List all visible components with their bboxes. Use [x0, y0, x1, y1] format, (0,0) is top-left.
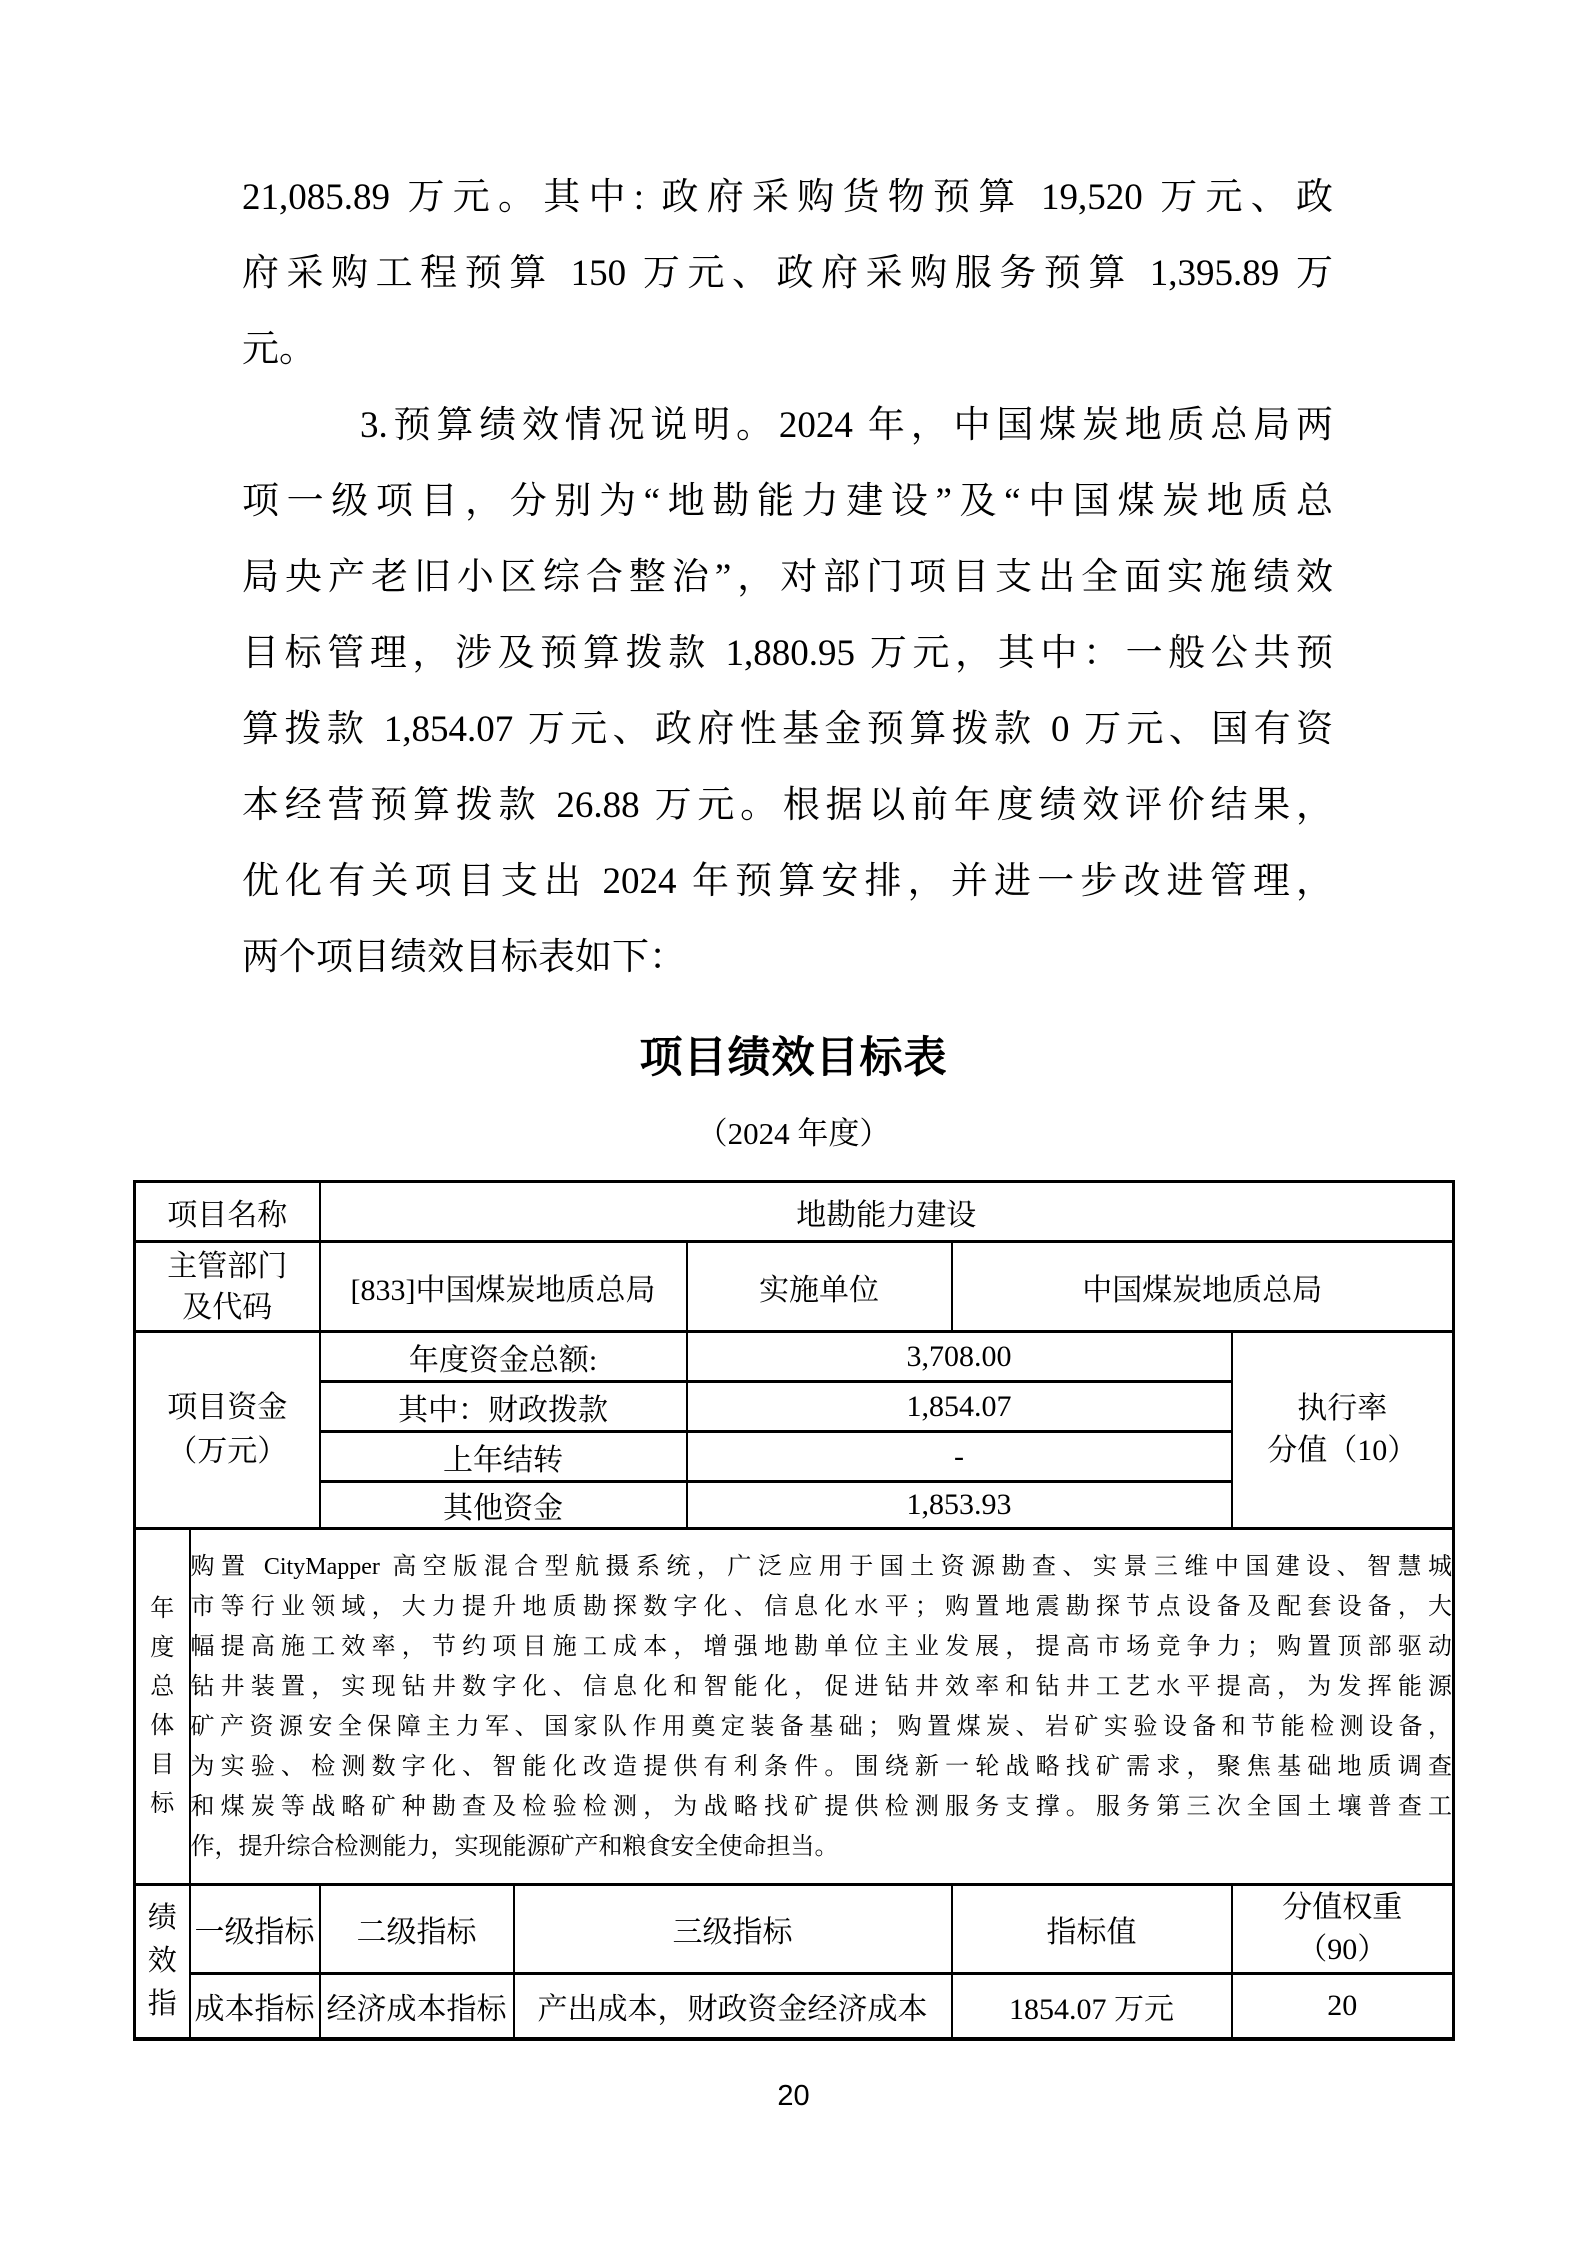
body-line: 3.预算绩效情况说明。2024 年，中国煤炭地质总局两 — [242, 388, 1333, 464]
vertical-char: 总 — [150, 1675, 174, 1699]
row-indicator-value: 1854.07 万元 — [952, 1974, 1232, 2039]
project-name-value-cell: 地勘能力建设 — [320, 1182, 1454, 1242]
vertical-char: 指 — [148, 1990, 177, 2019]
impl-value-cell: 中国煤炭地质总局 — [952, 1242, 1454, 1332]
exec-rate-cell: 执行率 分值（10） — [1232, 1332, 1454, 1529]
body-line: 算拨款 1,854.07 万元、政府性基金预算拨款 0 万元、国有资 — [242, 692, 1333, 768]
vertical-char: 度 — [150, 1636, 174, 1660]
table-row: 绩 效 指 一级指标 二级指标 三级指标 指标值 分值权重 （90） — [135, 1885, 1454, 1974]
header-weight: 分值权重 （90） — [1232, 1885, 1454, 1974]
table-row: 年 度 总 体 目 标 购置 CityMapper 高空版混合型航摄系统，广泛应… — [135, 1529, 1454, 1885]
dept-label-line2: 及代码 — [182, 1291, 272, 1324]
funds-row-label: 年度资金总额: — [320, 1332, 687, 1382]
target-line: 为实验、检测数字化、智能化改造提供有利条件。围绕新一轮战略找矿需求，聚焦基础地质… — [191, 1747, 1453, 1787]
table-title: 项目绩效目标表 — [0, 1030, 1587, 1086]
vertical-char: 绩 — [148, 1904, 177, 1933]
header-level3: 三级指标 — [514, 1885, 952, 1974]
table-row: 主管部门 及代码 [833]中国煤炭地质总局 实施单位 中国煤炭地质总局 — [135, 1242, 1454, 1332]
table-row: 项目名称 地勘能力建设 — [135, 1182, 1454, 1242]
funds-row-value: - — [687, 1432, 1232, 1482]
funds-row-value: 3,708.00 — [687, 1332, 1232, 1382]
target-line: 钻井装置，实现钻井数字化、信息化和智能化，促进钻井效率和钻井工艺水平提高，为发挥… — [191, 1667, 1453, 1707]
body-line: 府采购工程预算 150 万元、政府采购服务预算 1,395.89 万 — [242, 236, 1333, 312]
target-line: 作，提升综合检测能力，实现能源矿产和粮食安全使命担当。 — [191, 1827, 1453, 1867]
vertical-char: 目 — [150, 1753, 174, 1777]
header-level1: 一级指标 — [190, 1885, 320, 1974]
table-row: 成本指标 经济成本指标 产出成本，财政资金经济成本 1854.07 万元 20 — [135, 1974, 1454, 2039]
body-line: 两个项目绩效目标表如下： — [242, 920, 1333, 996]
body-line: 项一级项目，分别为“地勘能力建设”及“中国煤炭地质总 — [242, 464, 1333, 540]
funds-row-label: 其中：财政拨款 — [320, 1382, 687, 1432]
dept-label-line1: 主管部门 — [167, 1250, 287, 1283]
exec-rate-line2: 分值（10） — [1267, 1434, 1417, 1467]
vertical-char: 年 — [150, 1597, 174, 1621]
table-subtitle: （2024 年度） — [0, 1112, 1587, 1156]
target-line: 市等行业领域，大力提升地质勘探数字化、信息化水平；购置地震勘探节点设备及配套设备… — [191, 1587, 1453, 1627]
body-line: 本经营预算拨款 26.88 万元。根据以前年度绩效评价结果， — [242, 768, 1333, 844]
table-row: 项目资金 （万元） 年度资金总额: 3,708.00 执行率 分值（10） — [135, 1332, 1454, 1382]
row-level2: 经济成本指标 — [320, 1974, 514, 2039]
target-line: 幅提高施工效率，节约项目施工成本，增强地勘单位主业发展，提高市场竞争力；购置顶部… — [191, 1627, 1453, 1667]
header-weight-line1: 分值权重 — [1282, 1891, 1402, 1924]
funds-label-line1: 项目资金 — [167, 1391, 287, 1424]
row-weight: 20 — [1232, 1974, 1454, 2039]
funds-row-value: 1,853.93 — [687, 1482, 1232, 1529]
document-page: 21,085.89 万元。其中: 政府采购货物预算 19,520 万元、政 府采… — [0, 0, 1587, 2245]
performance-target-table: 项目名称 地勘能力建设 主管部门 及代码 [833]中国煤炭地质总局 实施单位 … — [133, 1180, 1455, 2041]
annual-target-text-cell: 购置 CityMapper 高空版混合型航摄系统，广泛应用于国土资源勘查、实景三… — [190, 1529, 1454, 1885]
body-paragraphs: 21,085.89 万元。其中: 政府采购货物预算 19,520 万元、政 府采… — [242, 160, 1333, 996]
funds-row-value: 1,854.07 — [687, 1382, 1232, 1432]
body-line: 局央产老旧小区综合整治”，对部门项目支出全面实施绩效 — [242, 540, 1333, 616]
funds-label-line2: （万元） — [167, 1435, 287, 1468]
project-name-label-cell: 项目名称 — [135, 1182, 320, 1242]
header-weight-line2: （90） — [1297, 1933, 1387, 1966]
funds-row-label: 其他资金 — [320, 1482, 687, 1529]
dept-label-cell: 主管部门 及代码 — [135, 1242, 320, 1332]
perf-indicator-header-cell: 绩 效 指 — [135, 1885, 190, 2039]
exec-rate-line1: 执行率 — [1297, 1392, 1387, 1425]
body-line: 目标管理，涉及预算拨款 1,880.95 万元，其中：一般公共预 — [242, 616, 1333, 692]
funds-label-cell: 项目资金 （万元） — [135, 1332, 320, 1529]
vertical-char: 标 — [150, 1792, 174, 1816]
header-level2: 二级指标 — [320, 1885, 514, 1974]
funds-row-label: 上年结转 — [320, 1432, 687, 1482]
annual-target-header-cell: 年 度 总 体 目 标 — [135, 1529, 190, 1885]
vertical-char: 效 — [148, 1947, 177, 1976]
annual-target-vertical-label: 年 度 总 体 目 标 — [136, 1597, 189, 1816]
target-line: 矿产资源安全保障主力军、国家队作用奠定装备基础；购置煤炭、岩矿实验设备和节能检测… — [191, 1707, 1453, 1747]
row-level1: 成本指标 — [190, 1974, 320, 2039]
page-number: 20 — [0, 2076, 1587, 2116]
body-line: 优化有关项目支出 2024 年预算安排，并进一步改进管理， — [242, 844, 1333, 920]
body-line: 元。 — [242, 312, 1333, 388]
dept-value-cell: [833]中国煤炭地质总局 — [320, 1242, 687, 1332]
vertical-char: 体 — [150, 1714, 174, 1738]
target-line: 购置 CityMapper 高空版混合型航摄系统，广泛应用于国土资源勘查、实景三… — [191, 1547, 1453, 1587]
impl-label-cell: 实施单位 — [687, 1242, 952, 1332]
target-line: 和煤炭等战略矿种勘查及检验检测，为战略找矿提供检测服务支撑。服务第三次全国土壤普… — [191, 1787, 1453, 1827]
header-indicator-value: 指标值 — [952, 1885, 1232, 1974]
body-line: 21,085.89 万元。其中: 政府采购货物预算 19,520 万元、政 — [242, 160, 1333, 236]
perf-vertical-label: 绩 效 指 — [136, 1904, 189, 2019]
row-level3: 产出成本，财政资金经济成本 — [514, 1974, 952, 2039]
